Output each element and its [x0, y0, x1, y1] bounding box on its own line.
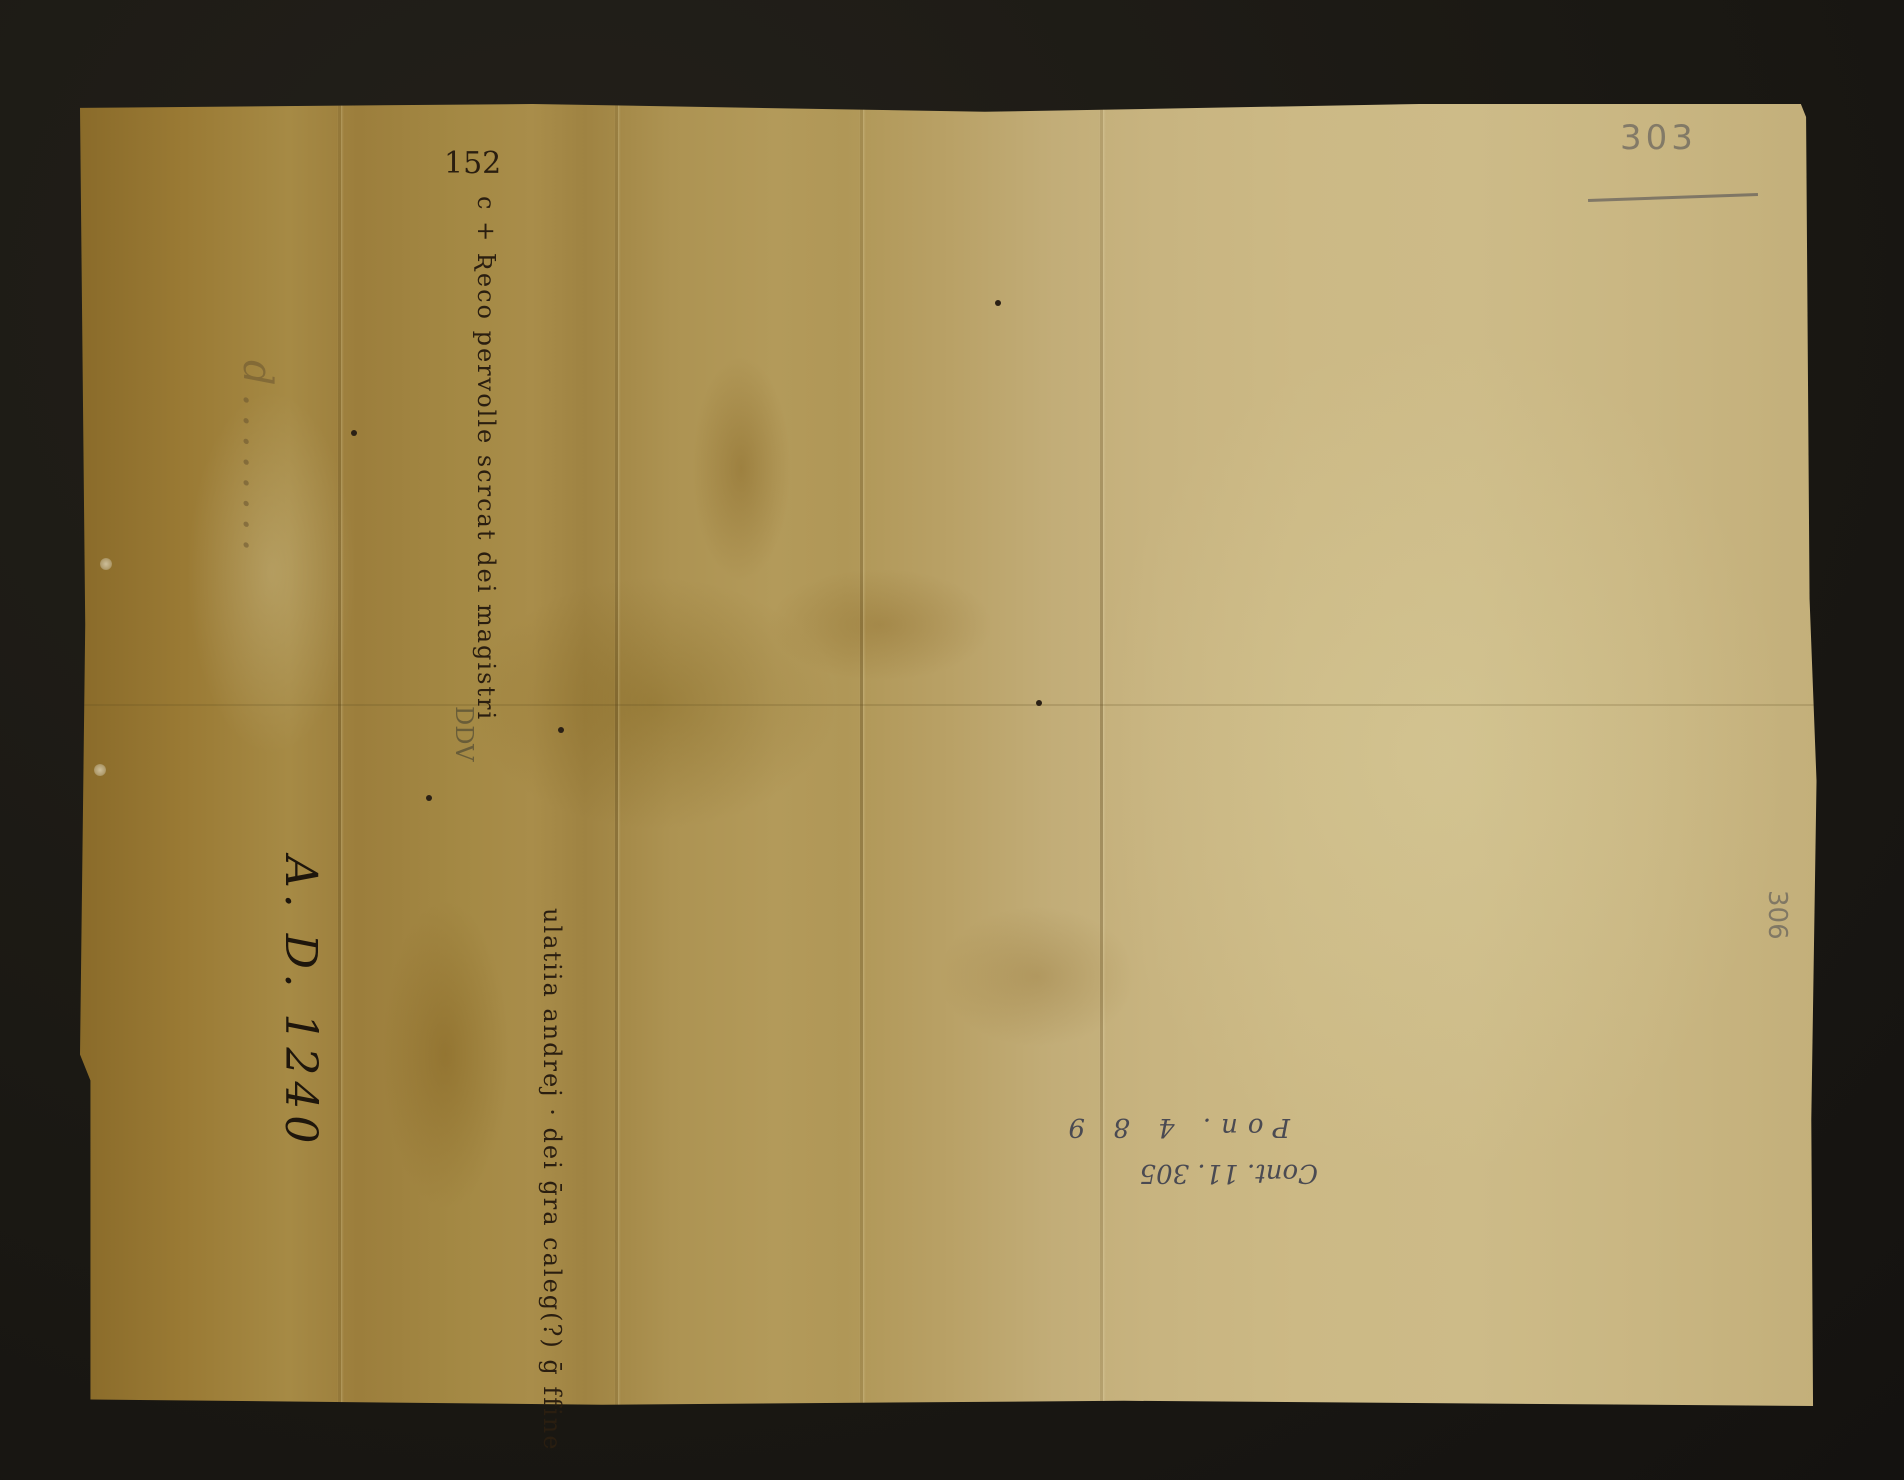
fold-line	[860, 104, 863, 1406]
ink-mark	[558, 727, 564, 733]
parchment-sheet	[80, 104, 1820, 1406]
shelfmark-line-1: Cont. 11. 305	[1139, 1158, 1318, 1188]
fold-line	[1100, 104, 1103, 1406]
faint-margin-note: d........	[234, 360, 280, 559]
fold-line-horizontal	[80, 704, 1820, 706]
date-note: A. D. 1240	[275, 856, 326, 1149]
ink-mark	[995, 300, 1001, 306]
ink-mark	[1036, 700, 1042, 706]
fold-line	[615, 104, 618, 1406]
folio-number: 152	[444, 146, 501, 181]
pencil-number-top-right: 303	[1620, 118, 1697, 158]
dorsal-note-2: ulatiia andrej · dei ḡra caleg(?) ḡ ffin…	[538, 908, 566, 1451]
shelfmark-line-2: Pon. 4 8 9	[1058, 1112, 1290, 1142]
ink-mark	[426, 795, 432, 801]
dorsal-note-1: c + Ʀeco pervolle scrcat dei magistri	[472, 196, 500, 721]
pin-hole	[100, 558, 112, 570]
small-dorsal-note: DDV	[450, 706, 478, 761]
ink-mark	[351, 430, 357, 436]
pin-hole	[94, 764, 106, 776]
fold-line	[338, 104, 341, 1406]
pencil-number-right-edge: 306	[1762, 890, 1792, 940]
